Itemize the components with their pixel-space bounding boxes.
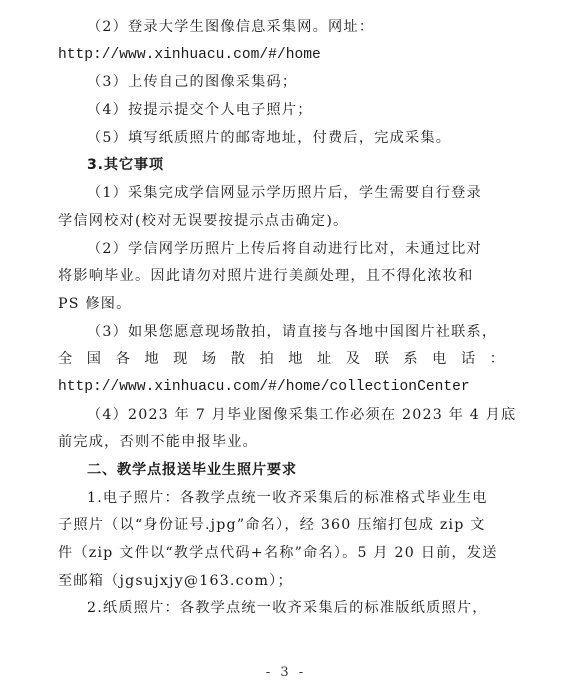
other-item-3-line-1: （3）如果您愿意现场散拍，请直接与各地中国图片社联系， xyxy=(58,319,504,347)
other-item-2-line-1: （2）学信网学历照片上传后将自动进行比对，未通过比对 xyxy=(58,236,504,264)
document-page: （2）登录大学生图像信息采集网。网址： http://www.xinhuacu.… xyxy=(58,14,504,623)
justified-char: 话 xyxy=(461,346,475,374)
justified-char: 国 xyxy=(87,346,101,374)
other-item-3-line-2: 全 国 各 地 现 场 散 拍 地 址 及 联 系 电 话 ： xyxy=(58,346,504,374)
step-4-submit-photo: （4）按提示提交个人电子照片； xyxy=(58,97,504,125)
justified-char: 及 xyxy=(346,346,360,374)
other-item-1-line-1: （1）采集完成学信网显示学历照片后，学生需要自行登录 xyxy=(58,180,504,208)
electronic-photo-line-1: 1.电子照片：各教学点统一收齐采集后的标准格式毕业生电 xyxy=(58,485,504,513)
electronic-photo-line-4: 至邮箱（jgsujxjy@163.com）； xyxy=(58,568,504,596)
electronic-photo-line-3: 件（zip 文件以“教学点代码+名称”命名）。5 月 20 日前，发送 xyxy=(58,540,504,568)
justified-char: 散 xyxy=(231,346,245,374)
justified-char: 场 xyxy=(202,346,216,374)
url-image-collection-home[interactable]: http://www.xinhuacu.com/#/home xyxy=(58,42,504,70)
page-number: - 3 - xyxy=(0,665,572,680)
justified-char: 联 xyxy=(375,346,389,374)
other-item-1-line-2: 学信网校对(校对无误要按提示点击确定)。 xyxy=(58,208,504,236)
url-collection-center[interactable]: http://www.xinhuacu.com/#/home/collectio… xyxy=(58,374,504,402)
justified-char: 地 xyxy=(288,346,302,374)
electronic-photo-line-2: 子照片（以“身份证号.jpg”命名），经 360 压缩打包成 zip 文 xyxy=(58,512,504,540)
justified-char: 地 xyxy=(144,346,158,374)
justified-char: 址 xyxy=(317,346,331,374)
justified-char: 系 xyxy=(403,346,417,374)
justified-char: 现 xyxy=(173,346,187,374)
other-item-2-line-3: PS 修图。 xyxy=(58,291,504,319)
section-heading-photo-requirements: 二、教学点报送毕业生照片要求 xyxy=(58,457,504,485)
step-5-mail-address: （5）填写纸质照片的邮寄地址，付费后，完成采集。 xyxy=(58,125,504,153)
justified-char: 电 xyxy=(432,346,446,374)
justified-char: 各 xyxy=(116,346,130,374)
section-heading-other-matters: 3.其它事项 xyxy=(58,152,504,180)
other-item-2-line-2: 将影响毕业。因此请勿对照片进行美颜处理，且不得化浓妆和 xyxy=(58,263,504,291)
paper-photo-line-1: 2.纸质照片：各教学点统一收齐采集后的标准版纸质照片， xyxy=(58,595,504,623)
justified-char: 全 xyxy=(58,346,72,374)
step-2-login: （2）登录大学生图像信息采集网。网址： xyxy=(58,14,504,42)
other-item-4-line-2: 前完成，否则不能申报毕业。 xyxy=(58,429,504,457)
step-3-upload-code: （3）上传自己的图像采集码； xyxy=(58,69,504,97)
other-item-4-line-1: （4）2023 年 7 月毕业图像采集工作必须在 2023 年 4 月底 xyxy=(58,402,504,430)
justified-char: 拍 xyxy=(259,346,273,374)
justified-char: ： xyxy=(490,346,504,374)
